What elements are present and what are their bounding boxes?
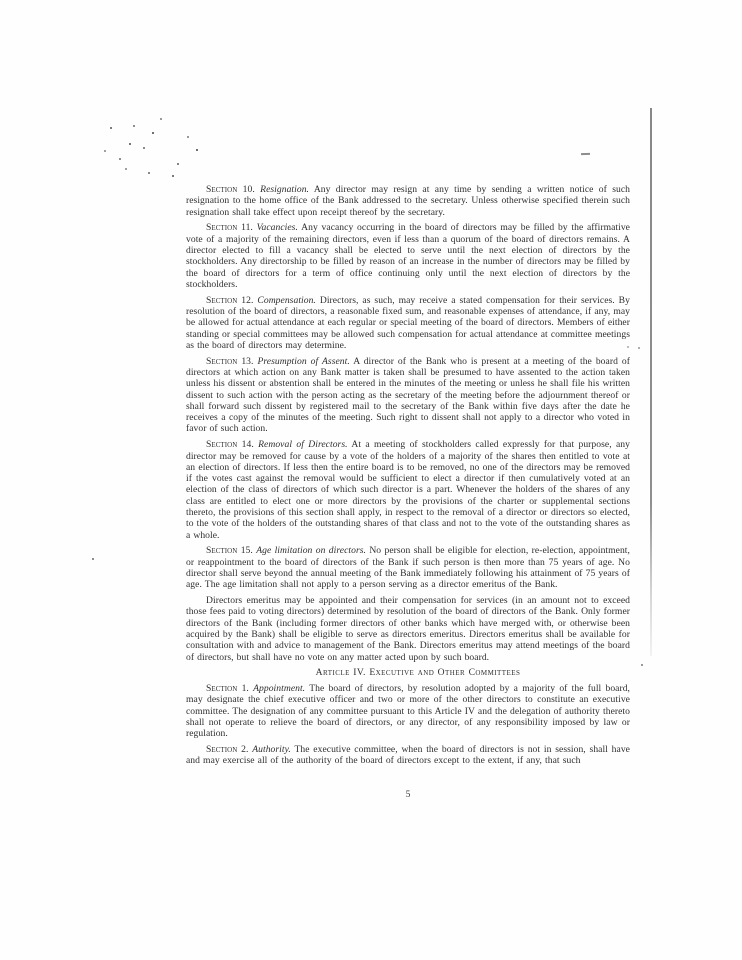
section-15-paragraph: Section 15. Age limitation on directors.… [186, 545, 630, 590]
section-14-label: Section 14. [206, 439, 254, 450]
section-13-paragraph: Section 13. Presumption of Assent. A dir… [186, 356, 630, 435]
section-14-text: At a meeting of stockholders called expr… [186, 439, 630, 540]
section-11-paragraph: Section 11. Vacancies. Any vacancy occur… [186, 222, 630, 290]
section-11-text: Any vacancy occurring in the board of di… [186, 222, 630, 289]
directors-emeritus-text: Directors emeritus may be appointed and … [186, 595, 630, 662]
section-15-title: Age limitation on directors. [256, 545, 366, 556]
article-iv-section-1-title: Appointment. [253, 683, 305, 694]
section-14-title: Removal of Directors. [258, 439, 347, 450]
scan-edge-line [650, 108, 652, 656]
section-13-label: Section 13. [206, 356, 253, 367]
article-iv-section-2-label: Section 2. [206, 744, 248, 755]
section-13-text: A director of the Bank who is present at… [186, 356, 630, 435]
section-11-title: Vacancies. [257, 222, 298, 233]
scan-noise-speckles [0, 0, 2, 2]
section-12-title: Compensation. [257, 295, 315, 306]
article-iv-section-2-title: Authority. [252, 744, 291, 755]
directors-emeritus-paragraph: Directors emeritus may be appointed and … [186, 595, 630, 663]
scanned-page: Section 10. Resignation. Any director ma… [0, 0, 742, 960]
section-10-title: Resignation. [260, 184, 309, 195]
article-iv-heading: Article IV. Executive and Other Committe… [186, 667, 630, 678]
article-iv-section-1-paragraph: Section 1. Appointment. The board of dir… [186, 683, 630, 739]
section-15-text: No person shall be eligible for election… [186, 545, 630, 590]
section-11-label: Section 11. [206, 222, 253, 233]
page-number: 5 [186, 790, 630, 800]
section-12-paragraph: Section 12. Compensation. Directors, as … [186, 295, 630, 351]
scan-dash-mark [581, 153, 590, 155]
section-14-paragraph: Section 14. Removal of Directors. At a m… [186, 439, 630, 541]
article-iv-section-2-paragraph: Section 2. Authority. The executive comm… [186, 744, 630, 767]
document-content: Section 10. Resignation. Any director ma… [186, 184, 630, 771]
section-15-label: Section 15. [206, 545, 253, 556]
section-10-label: Section 10. [206, 184, 255, 195]
section-12-label: Section 12. [206, 295, 253, 306]
section-12-text: Directors, as such, may receive a stated… [186, 295, 630, 351]
article-iv-section-1-label: Section 1. [206, 683, 249, 694]
section-13-title: Presumption of Assent. [257, 356, 349, 367]
section-10-paragraph: Section 10. Resignation. Any director ma… [186, 184, 630, 218]
